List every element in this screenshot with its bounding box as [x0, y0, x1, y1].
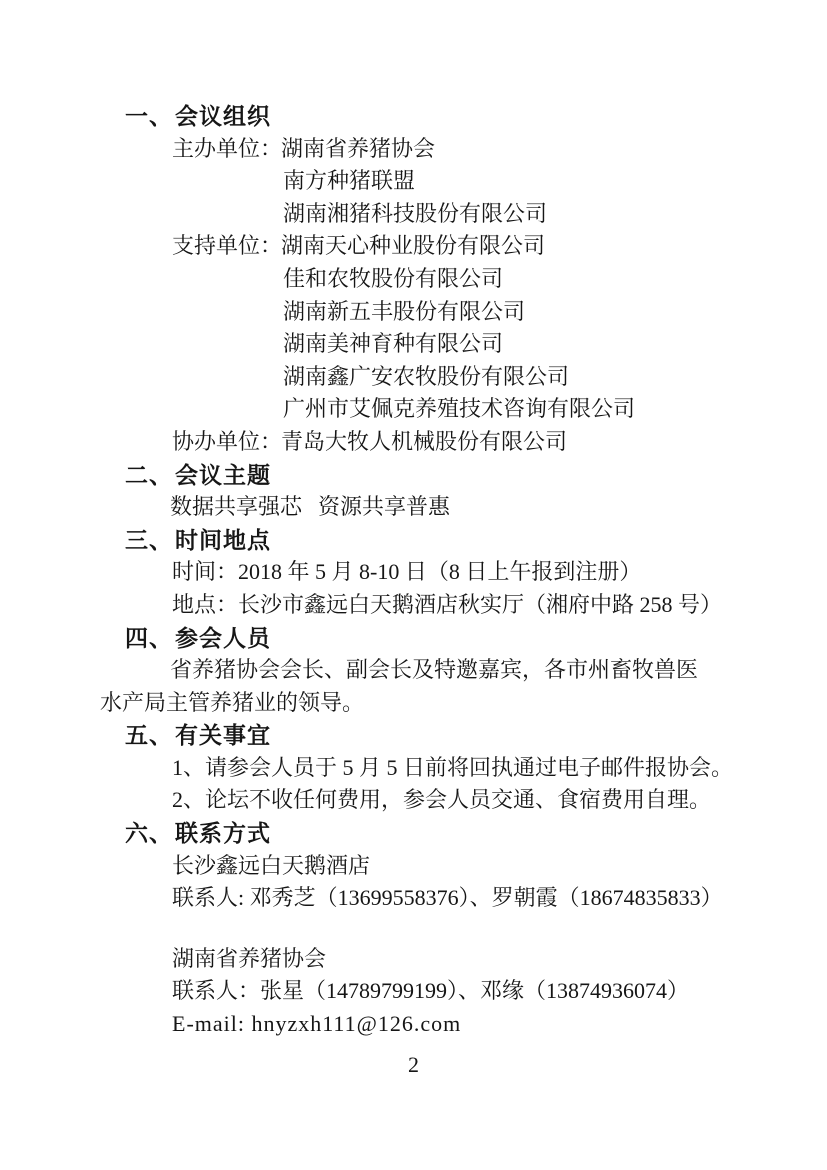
supporter-line: 湖南美神育种有限公司 [100, 328, 750, 361]
time-label: 时间： [172, 559, 238, 584]
section1-heading: 一、会议组织 [100, 100, 750, 133]
contact2-org: 湖南省养猪协会 [100, 943, 750, 976]
coorganizer-value: 青岛大牧人机械股份有限公司 [281, 429, 567, 454]
section5-number: 五、 [125, 722, 173, 748]
notice-item: 2、论坛不收任何费用，参会人员交通、食宿费用自理。 [100, 784, 750, 817]
supporter-line: 广州市艾佩克养殖技术咨询有限公司 [100, 393, 750, 426]
contact2-email: E-mail: hnyzxh111@126.com [100, 1008, 750, 1041]
section2-title: 会议主题 [175, 462, 271, 488]
organizer-row: 主办单位：湖南省养猪协会 [100, 133, 750, 166]
section1-number: 一、 [125, 103, 173, 129]
theme-part1: 数据共享强芯 [170, 494, 302, 519]
supporter-value: 湖南鑫广安农牧股份有限公司 [283, 364, 569, 389]
blank-line [100, 915, 750, 943]
venue-row: 地点：长沙市鑫远白天鹅酒店秋实厅（湘府中路 258 号） [100, 589, 750, 622]
supporter-value: 佳和农牧股份有限公司 [283, 266, 503, 291]
organizer-line: 湖南湘猪科技股份有限公司 [100, 198, 750, 231]
section4-number: 四、 [125, 625, 173, 651]
organizer-line: 南方种猪联盟 [100, 165, 750, 198]
attendees-paragraph-line: 水产局主管养猪业的领导。 [100, 687, 750, 720]
coorganizer-row: 协办单位：青岛大牧人机械股份有限公司 [100, 426, 750, 459]
section6-title: 联系方式 [175, 820, 271, 846]
section3-number: 三、 [125, 527, 173, 553]
supporter-value: 湖南天心种业股份有限公司 [281, 233, 545, 258]
theme-part2: 资源共享普惠 [318, 494, 450, 519]
section2-heading: 二、会议主题 [100, 459, 750, 492]
section5-title: 有关事宜 [175, 722, 271, 748]
section3-heading: 三、时间地点 [100, 524, 750, 557]
venue-value: 长沙市鑫远白天鹅酒店秋实厅（湘府中路 258 号） [238, 592, 722, 617]
supporter-label: 支持单位： [172, 230, 281, 263]
time-value: 2018 年 5 月 8-10 日（8 日上午报到注册） [238, 559, 641, 584]
supporter-line: 佳和农牧股份有限公司 [100, 263, 750, 296]
contact2-persons: 联系人：张星（14789799199）、邓缘（13874936074） [100, 975, 750, 1008]
document-page: 一、会议组织 主办单位：湖南省养猪协会 南方种猪联盟 湖南湘猪科技股份有限公司 … [0, 0, 827, 1170]
document-content: 一、会议组织 主办单位：湖南省养猪协会 南方种猪联盟 湖南湘猪科技股份有限公司 … [100, 100, 750, 1041]
supporter-value: 湖南新五丰股份有限公司 [283, 299, 525, 324]
section2-number: 二、 [125, 462, 173, 488]
section6-heading: 六、联系方式 [100, 817, 750, 850]
coorganizer-label: 协办单位： [172, 426, 281, 459]
organizer-label: 主办单位： [172, 133, 281, 166]
supporter-value: 湖南美神育种有限公司 [283, 331, 503, 356]
section4-title: 参会人员 [175, 625, 271, 651]
contact1-org: 长沙鑫远白天鹅酒店 [100, 850, 750, 883]
contact1-persons: 联系人: 邓秀芝（13699558376）、罗朝霞（18674835833） [100, 882, 750, 915]
section6-number: 六、 [125, 820, 173, 846]
supporter-line: 湖南鑫广安农牧股份有限公司 [100, 361, 750, 394]
page-number: 2 [0, 1052, 827, 1078]
section4-heading: 四、参会人员 [100, 622, 750, 655]
venue-label: 地点： [172, 592, 238, 617]
section5-heading: 五、有关事宜 [100, 719, 750, 752]
section3-title: 时间地点 [175, 527, 271, 553]
section1-title: 会议组织 [175, 103, 271, 129]
organizer-value: 湖南省养猪协会 [281, 136, 435, 161]
organizer-value: 南方种猪联盟 [283, 168, 415, 193]
supporter-line: 湖南新五丰股份有限公司 [100, 296, 750, 329]
time-row: 时间：2018 年 5 月 8-10 日（8 日上午报到注册） [100, 556, 750, 589]
notice-item: 1、请参会人员于 5 月 5 日前将回执通过电子邮件报协会。 [100, 752, 750, 785]
supporter-row: 支持单位：湖南天心种业股份有限公司 [100, 230, 750, 263]
attendees-paragraph-line: 省养猪协会会长、副会长及特邀嘉宾，各市州畜牧兽医 [100, 654, 750, 687]
theme-line: 数据共享强芯资源共享普惠 [100, 491, 750, 524]
organizer-value: 湖南湘猪科技股份有限公司 [283, 201, 547, 226]
supporter-value: 广州市艾佩克养殖技术咨询有限公司 [283, 396, 635, 421]
